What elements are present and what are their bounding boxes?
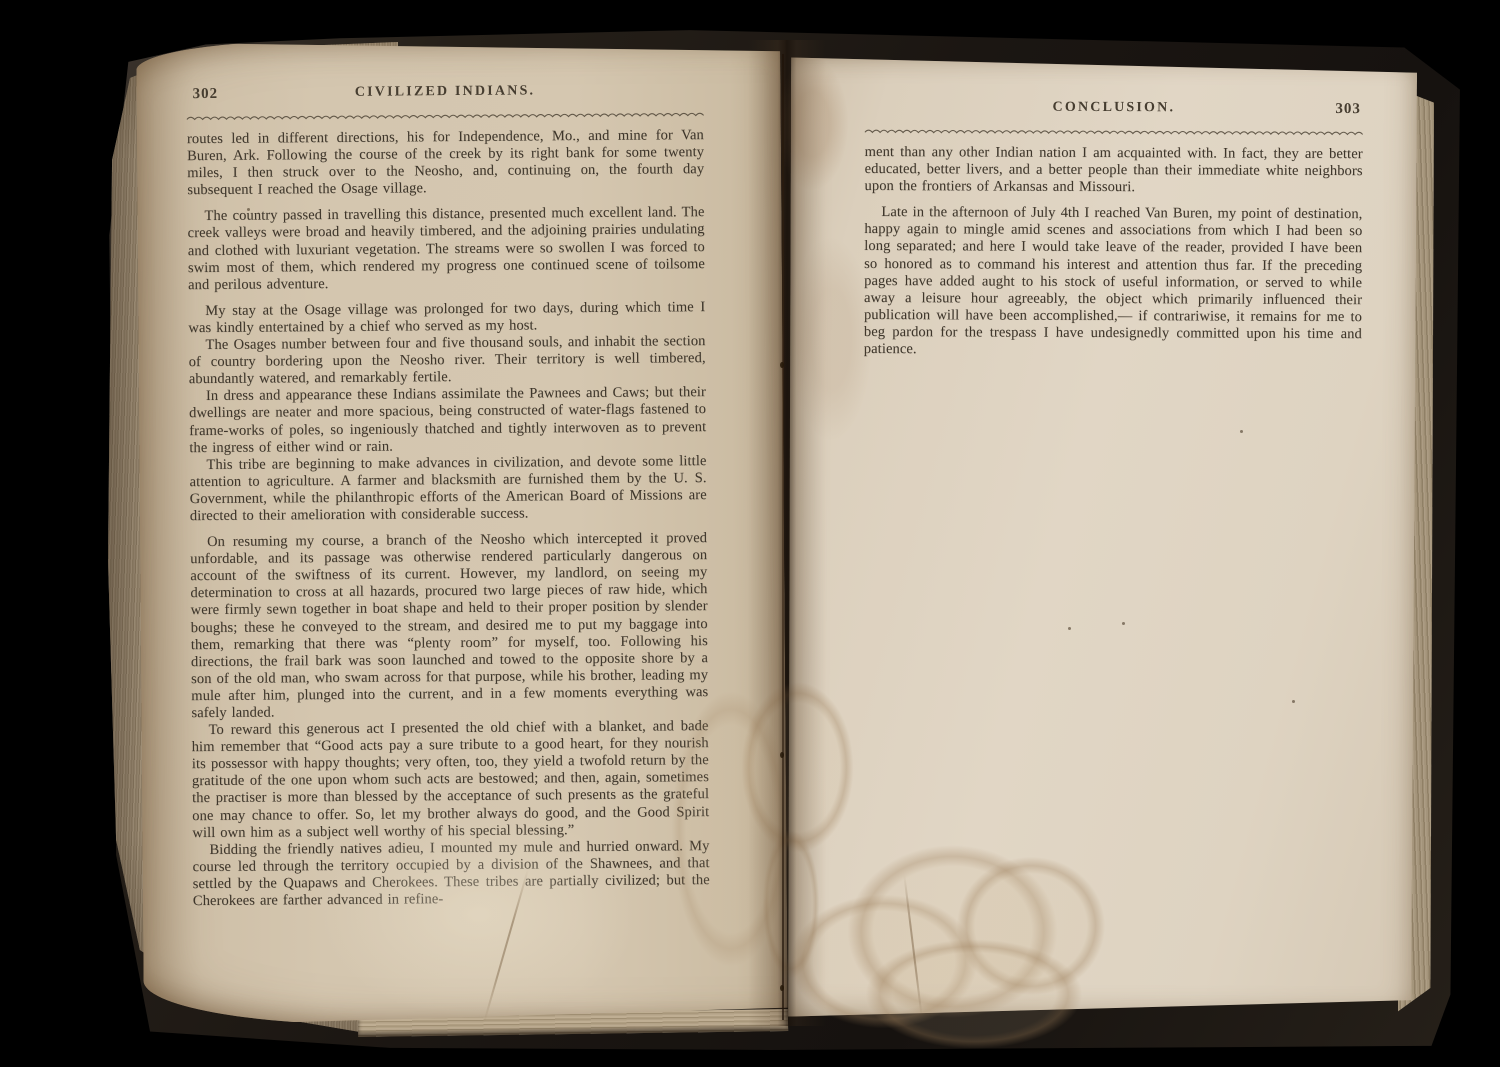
wavy-rule-left xyxy=(187,111,704,122)
foxing-speck xyxy=(247,208,250,211)
paragraph: Bidding the friendly natives adieu, I mo… xyxy=(192,838,710,910)
paragraph: In dress and appearance these Indians as… xyxy=(189,384,707,456)
stitch-knot xyxy=(780,752,784,758)
foxing-speck xyxy=(560,642,563,645)
foxing-speck xyxy=(1240,430,1243,433)
stitch-knot xyxy=(780,362,784,368)
left-running-head: CIVILIZED INDIANS. xyxy=(186,82,703,102)
paragraph: The country passed in travelling this di… xyxy=(187,204,705,294)
left-page-content: 302 CIVILIZED INDIANS. routes led in dif… xyxy=(186,82,709,910)
paragraph: routes led in different directions, his … xyxy=(187,127,705,199)
paragraph: Late in the afternoon of July 4th I reac… xyxy=(864,204,1363,360)
right-page-content: CONCLUSION. 303 ment than any other Indi… xyxy=(864,99,1363,360)
left-page: 302 CIVILIZED INDIANS. routes led in dif… xyxy=(136,37,788,1026)
paragraph: The Osages number between four and five … xyxy=(188,333,705,388)
right-page-text: ment than any other Indian nation I am a… xyxy=(864,144,1363,360)
paragraph: This tribe are beginning to make advance… xyxy=(189,453,707,525)
right-page: CONCLUSION. 303 ment than any other Indi… xyxy=(787,55,1417,1020)
left-page-header: 302 CIVILIZED INDIANS. xyxy=(186,82,703,106)
stitch-knot xyxy=(780,985,784,991)
foxing-speck xyxy=(1122,622,1125,625)
open-book-scan: 302 CIVILIZED INDIANS. routes led in dif… xyxy=(0,0,1500,1067)
foxing-speck xyxy=(1292,700,1295,703)
foxing-speck xyxy=(1068,627,1071,630)
left-page-number: 302 xyxy=(192,86,218,103)
wavy-rule-right xyxy=(865,128,1363,137)
paragraph: ment than any other Indian nation I am a… xyxy=(864,144,1362,197)
paragraph: On resuming my course, a branch of the N… xyxy=(190,530,708,722)
paragraph: My stay at the Osage village was prolong… xyxy=(188,299,705,337)
left-page-text: routes led in different directions, his … xyxy=(187,127,710,910)
right-running-head: CONCLUSION. xyxy=(865,99,1363,117)
right-page-header: CONCLUSION. 303 xyxy=(865,99,1363,121)
paragraph: To reward this generous act I presented … xyxy=(191,718,709,842)
right-page-number: 303 xyxy=(1335,101,1361,118)
